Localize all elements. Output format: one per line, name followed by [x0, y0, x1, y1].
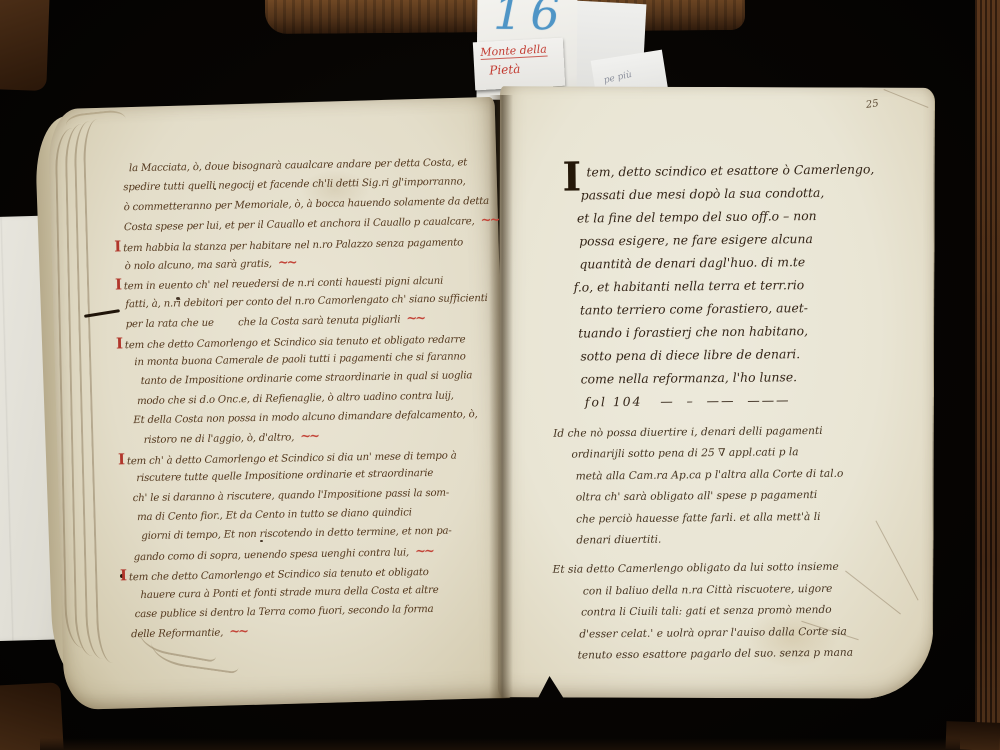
rubric-initial: I — [120, 567, 127, 585]
line-text: metà alla Cam.ra Ap.ca p l'altra alla Co… — [576, 468, 844, 483]
line-text: spedire tutti quelli negocij et facende … — [123, 177, 465, 194]
left-page-text: la Macciata, ò, doue bisognarà caualcare… — [123, 153, 506, 644]
flourish-icon: ~~ — [278, 255, 296, 270]
tab-number-text: 16 — [493, 0, 568, 40]
wood-table-corner-top-left — [0, 0, 50, 91]
line-text: denari diuertiti. — [576, 534, 661, 547]
line-text: tenuto esso esattore pagarlo del suo. se… — [577, 647, 853, 662]
line-text: in monta buona Camerale de paoli tutti i… — [134, 351, 466, 368]
line-text: ò commetteranno per Memoriale, ò, à bocc… — [124, 196, 490, 213]
line-text: tuando i forastierj che non habitano, — [578, 323, 808, 340]
line-text: ordinarijli sotto pena di 25 ∇ appl.cati… — [571, 447, 798, 461]
text-line: tanto terriero come forastiero, auet- — [580, 295, 876, 321]
rubric-initial: I — [116, 334, 123, 352]
text-line: Item, detto scindico et esattore ò Camer… — [586, 157, 874, 183]
line-text: la Macciata, ò, doue bisognarà caualcare… — [129, 157, 467, 174]
red-slip-line2: Pietà — [489, 62, 521, 78]
decorated-initial: I — [562, 157, 581, 197]
text-line: et la fine del tempo del suo off.o – non — [577, 203, 875, 229]
line-text: riscutere tutte quelle Impositione ordin… — [136, 468, 433, 484]
line-text: fatti, à, n.ri debitori per conto del n.… — [125, 293, 487, 310]
rubric-initial: I — [118, 450, 125, 468]
line-text: f.o, et habitanti nella terra et terr.ri… — [574, 277, 805, 294]
line-text: tem, detto scindico et esattore ò Camerl… — [586, 161, 874, 179]
line-text: et la fine del tempo del suo off.o – non — [577, 208, 817, 226]
wood-table-edge-right — [975, 0, 1000, 750]
line-text: d'esser celat.' e uolrà oprar l'auiso da… — [579, 626, 847, 641]
flourish-icon: ~~ — [300, 429, 318, 444]
table-shadow — [40, 738, 960, 750]
line-text: gando como di sopra, uenendo spesa uengh… — [134, 547, 409, 563]
text-line: possa esigere, ne fare esigere alcuna — [579, 226, 875, 252]
line-text: come nella reformanza, l'ho lunse. — [581, 369, 798, 386]
text-line: d'esser celat.' e uolrà oprar l'auiso da… — [579, 621, 879, 646]
rubric-initial: I — [114, 237, 121, 255]
line-text: che perciò hauesse fatte farli. et alla … — [576, 511, 821, 526]
line-text: oltra ch' sarà obligato all' spese p pag… — [576, 489, 818, 504]
line-text: con il baliuo della n.ra Città riscuoter… — [583, 583, 833, 598]
text-line: con il baliuo della n.ra Città riscuoter… — [583, 578, 879, 603]
line-text: per la rata che ue che la Costa sarà ten… — [126, 315, 401, 331]
line-text: giorni di tempo, Et non riscotendo in de… — [141, 526, 451, 542]
line-text: tanto terriero come forastiero, auet- — [580, 300, 808, 317]
text-line: denari diuertiti. — [576, 527, 878, 552]
line-text: ch' le si daranno à riscutere, quando l'… — [133, 487, 450, 504]
text-line: sotto pena di diece libre de denari. — [580, 341, 876, 367]
line-text: contra li Ciuili tali: gati et senza pro… — [581, 604, 832, 619]
line-text: tanto de Impositione ordinarie come stra… — [141, 371, 473, 388]
line-text: modo che si d.o Onc.e, di Refienaglie, ò… — [137, 390, 454, 407]
line-text: ma di Cento fior., Et da Cento in tutto … — [137, 507, 412, 523]
line-text: Et della Costa non possa in modo alcuno … — [133, 409, 477, 426]
text-line: come nella reformanza, l'ho lunse. — [581, 364, 877, 390]
red-slip-line1: Monte della — [480, 43, 547, 60]
line-text: case publice si dentro la Terra como fuo… — [135, 604, 434, 620]
line-text: hauere cura à Ponti et fonti strade mura… — [140, 584, 438, 600]
line-text: ristoro ne di l'aggio, ò, d'altro, — [144, 433, 295, 447]
folio-page-number: 25 — [865, 98, 879, 111]
text-line: passati due mesi dopò la sua condotta, — [581, 180, 875, 206]
right-page-text: Item, detto scindico et esattore ò Camer… — [564, 157, 879, 667]
text-line: tenuto esso esattore pagarlo del suo. se… — [577, 643, 879, 668]
line-text: ò nolo alcuno, ma sarà gratis, — [125, 259, 272, 273]
rubric-initial: I — [115, 276, 122, 294]
flourish-icon: ~~ — [229, 625, 247, 640]
pencil-note-text: pe più — [603, 70, 633, 86]
text-line: tuando i forastierj che non habitano, — [578, 318, 876, 344]
text-line: contra li Ciuili tali: gati et senza pro… — [581, 600, 879, 625]
line-text: possa esigere, ne fare esigere alcuna — [579, 231, 813, 248]
line-text: Id che nò possa diuertire i, denari dell… — [553, 425, 823, 440]
line-text: fol 104 — – —— ——— — [585, 392, 791, 409]
text-line: f.o, et habitanti nella terra et terr.ri… — [574, 272, 876, 298]
text-line: quantità de denari dagl'huo. di m.te — [579, 249, 875, 275]
line-text: sotto pena di diece libre de denari. — [580, 346, 800, 363]
paper-slip-red-label: Monte della Pietà — [473, 38, 565, 91]
line-text: delle Reformantie, — [131, 628, 223, 641]
flourish-icon: ~~ — [406, 311, 424, 326]
flourish-icon: ~~ — [480, 213, 498, 228]
text-line: fol 104 — – —— ——— — [585, 387, 877, 413]
manuscript-photo: pe più 16 Monte della Pietà la Macciata,… — [0, 0, 1000, 750]
line-text: passati due mesi dopò la sua condotta, — [581, 185, 825, 203]
line-text: quantità de denari dagl'huo. di m.te — [579, 254, 805, 271]
flourish-icon: ~~ — [415, 544, 433, 559]
line-text: Et sia detto Camerlengo obligato da lui … — [553, 561, 839, 576]
